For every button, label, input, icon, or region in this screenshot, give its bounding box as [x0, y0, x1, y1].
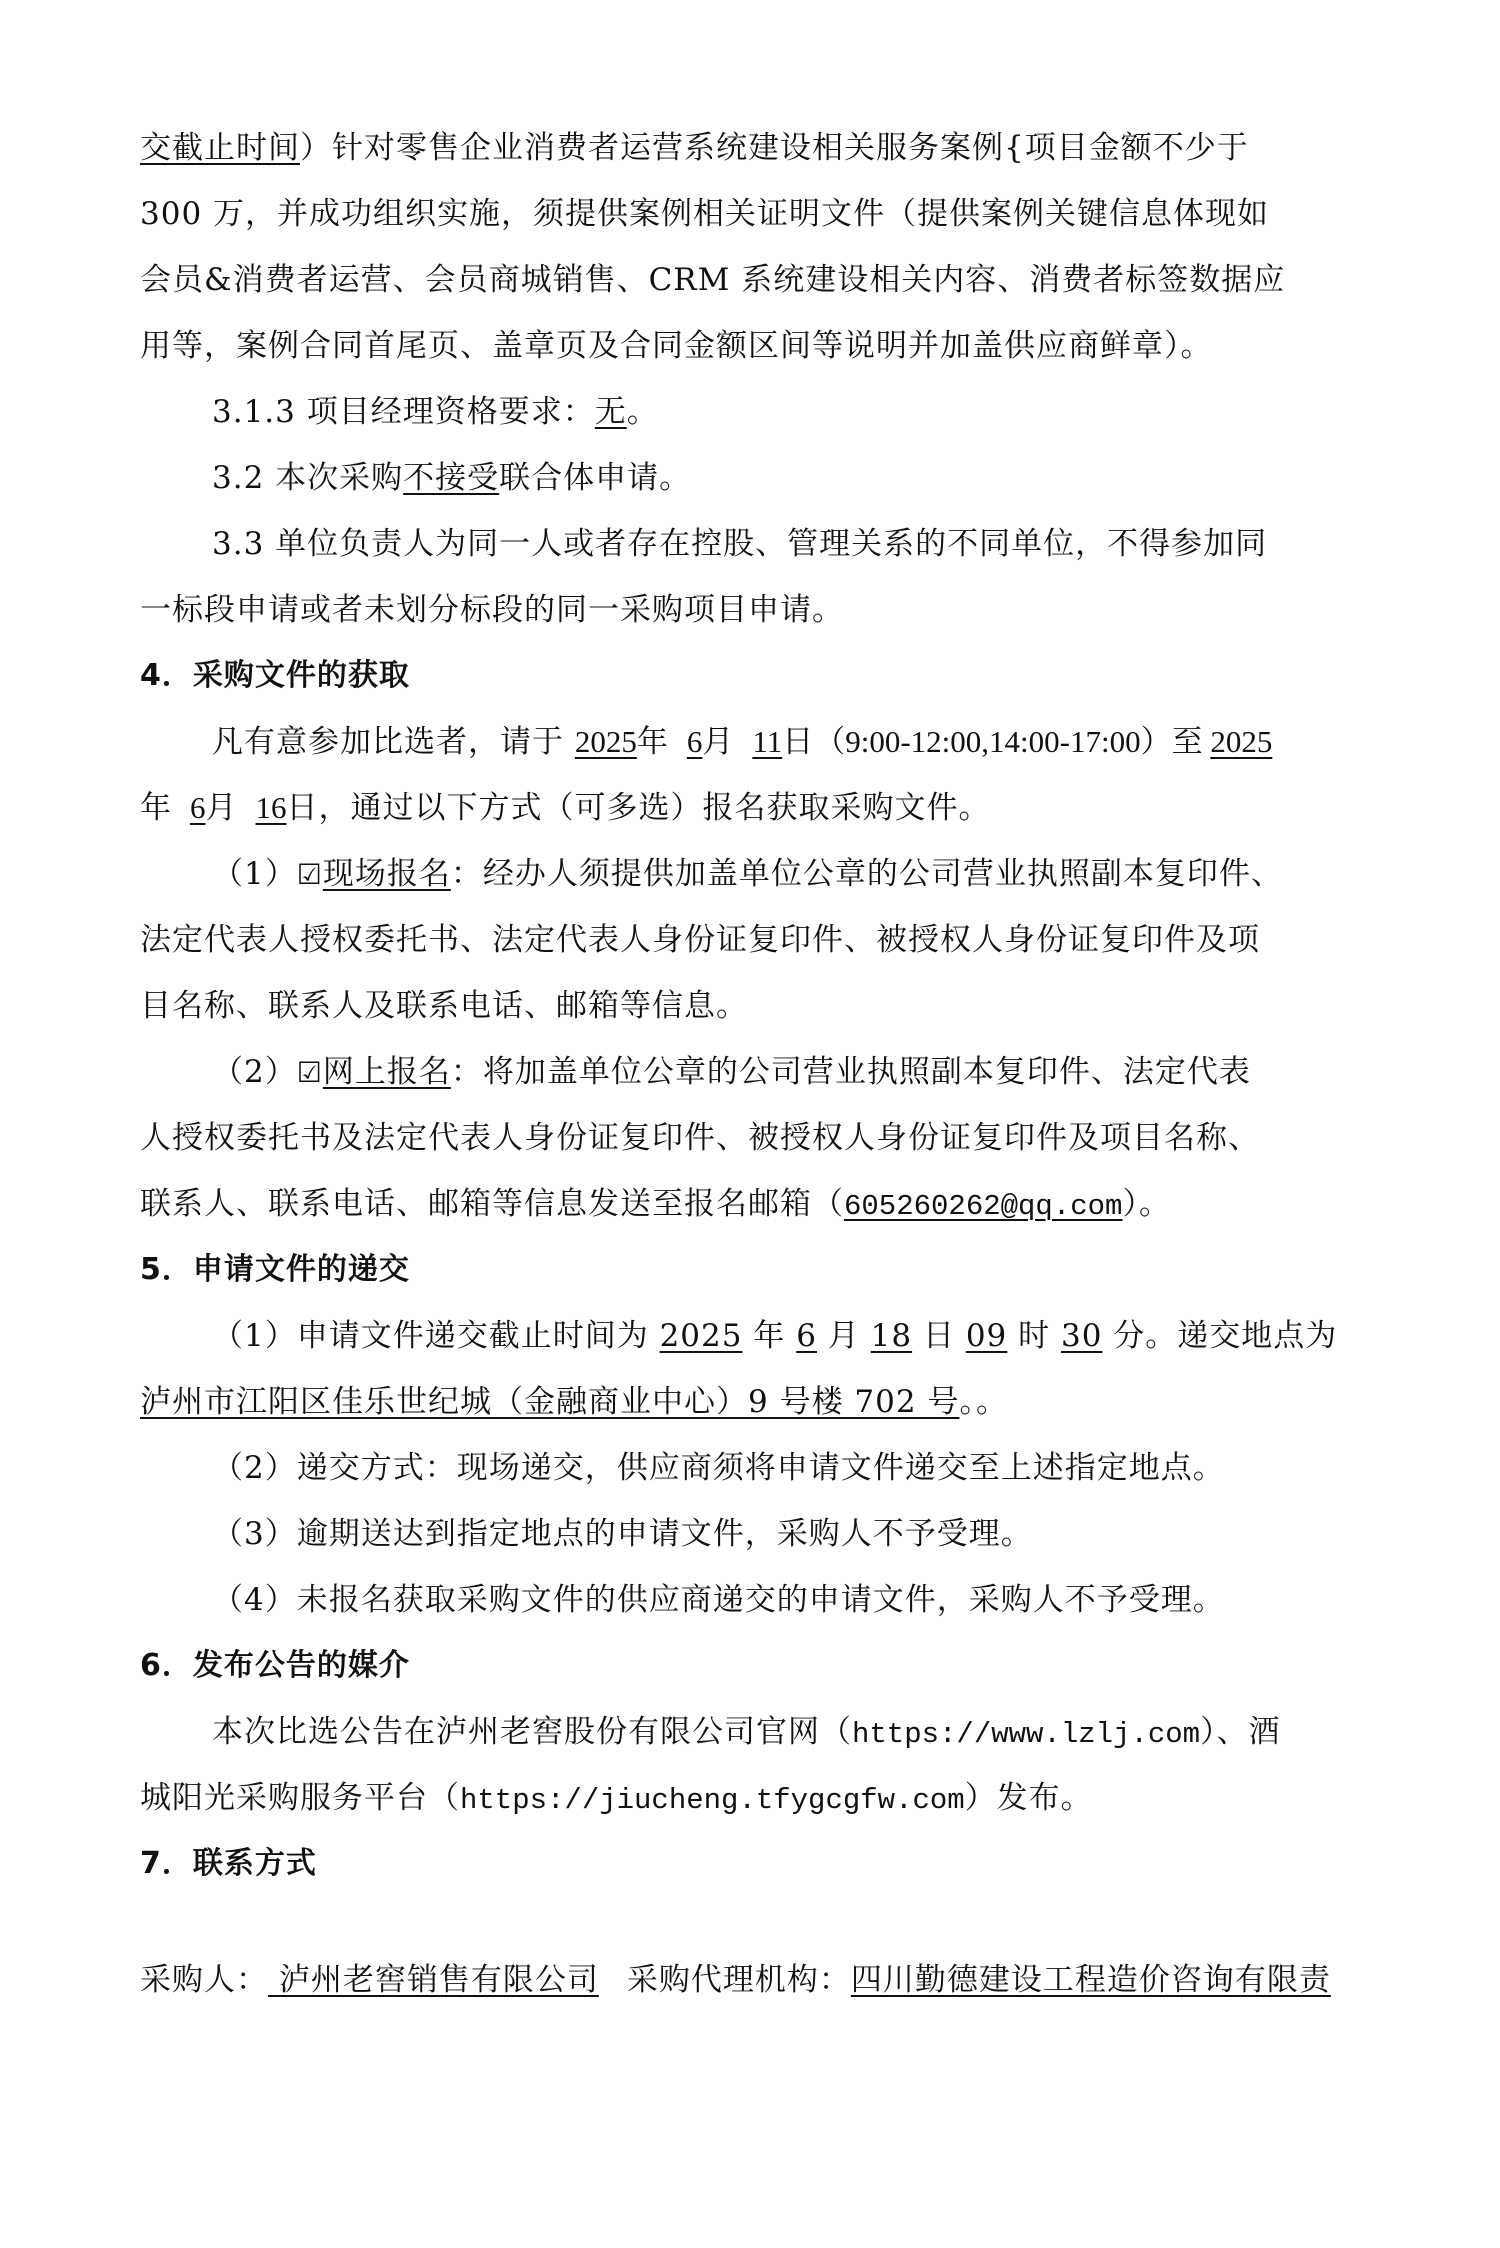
section-4-intro-line-1: 凡有意参加比选者，请于 2025年6月11日（9:00-12:00,14:00-…	[212, 722, 1272, 762]
option-online-line-3: 联系人、联系电话、邮箱等信息发送至报名邮箱（605260262@qq.com）。	[140, 1184, 1171, 1224]
clause-3-3-line-1: 3.3 单位负责人为同一人或者存在控股、管理关系的不同单位，不得参加同	[212, 524, 1267, 564]
deadline-hour: 09	[966, 1318, 1007, 1354]
text: 。。	[959, 1384, 1008, 1420]
clause-label: 3.2 本次采购	[212, 460, 403, 496]
text: 月	[817, 1318, 871, 1354]
deadline-minute: 30	[1061, 1318, 1102, 1354]
onsite-registration-label: ☑现场报名	[297, 856, 451, 892]
clause-label: 3.1.3 项目经理资格要求：	[212, 394, 595, 430]
purchaser-label: 采购人：	[140, 1962, 268, 1998]
unregistered-submission-rule: （4）未报名获取采购文件的供应商递交的申请文件，采购人不予受理。	[212, 1580, 1225, 1620]
checkbox-checked-icon: ☑	[297, 1053, 323, 1093]
text: 年	[637, 724, 669, 760]
text: ）。	[1122, 1186, 1171, 1222]
clause-3-3-line-2: 一标段申请或者未划分标段的同一采购项目申请。	[140, 590, 844, 630]
clause-value: 无	[595, 394, 627, 430]
text: 分。递交地点为	[1102, 1318, 1337, 1354]
option-number: （2）	[212, 1054, 297, 1090]
submission-deadline-line: （1）申请文件递交截止时间为 2025 年 6 月 18 日 09 时 30 分…	[212, 1316, 1337, 1356]
clause-3-1-3: 3.1.3 项目经理资格要求：无。	[212, 392, 659, 432]
end-day: 16	[256, 790, 287, 825]
option-online-line-2: 人授权委托书及法定代表人身份证复印件、被授权人身份证复印件及项目名称、	[140, 1118, 1260, 1158]
submission-address-line: 泸州市江阳区佳乐世纪城（金融商业中心）9 号楼 702 号。。	[140, 1382, 1008, 1422]
text: ）、酒	[1200, 1714, 1281, 1750]
text: 凡有意参加比选者，请于	[212, 724, 575, 760]
late-submission-rule: （3）逾期送达到指定地点的申请文件，采购人不予受理。	[212, 1514, 1033, 1554]
procurement-platform-url[interactable]: https://jiucheng.tfygcgfw.com	[460, 1784, 965, 1817]
end-year: 2025	[1210, 724, 1272, 759]
text: 时	[1007, 1318, 1061, 1354]
option-onsite-registration: （1）☑现场报名：经办人须提供加盖单位公章的公司营业执照副本复印件、	[212, 854, 1283, 894]
section-4-intro-line-2: 年6月16日，通过以下方式（可多选）报名获取采购文件。	[140, 788, 991, 828]
text: （1）申请文件递交截止时间为	[212, 1318, 660, 1354]
text: 年	[742, 1318, 796, 1354]
online-registration-label: ☑网上报名	[297, 1054, 451, 1090]
option-label: 现场报名	[323, 856, 451, 892]
text: 城阳光采购服务平台（	[140, 1780, 460, 1816]
deadline-month: 6	[796, 1318, 817, 1354]
text: 日	[912, 1318, 966, 1354]
text: 年	[140, 790, 172, 826]
text: 联合体申请。	[499, 460, 691, 496]
contact-parties-line: 采购人： 泸州老窖销售有限公司采购代理机构：四川勤德建设工程造价咨询有限责	[140, 1960, 1331, 2000]
option-online-registration: （2）☑网上报名：将加盖单位公章的公司营业执照副本复印件、法定代表	[212, 1052, 1251, 1092]
text: ）发布。	[965, 1780, 1093, 1816]
case-requirement-line-2: 300 万，并成功组织实施，须提供案例相关证明文件（提供案例关键信息体现如	[140, 194, 1269, 234]
text: 本次比选公告在泸州老窖股份有限公司官网（	[212, 1714, 852, 1750]
start-month: 6	[687, 724, 703, 759]
text: 联系人、联系电话、邮箱等信息发送至报名邮箱（	[140, 1186, 844, 1222]
option-onsite-line-3: 目名称、联系人及联系电话、邮箱等信息。	[140, 986, 748, 1026]
option-onsite-line-2: 法定代表人授权委托书、法定代表人身份证复印件、被授权人身份证复印件及项	[140, 920, 1260, 960]
text: ：经办人须提供加盖单位公章的公司营业执照副本复印件、	[451, 856, 1283, 892]
section-4-heading: 4．采购文件的获取	[140, 656, 410, 696]
text: ：将加盖单位公章的公司营业执照副本复印件、法定代表	[451, 1054, 1251, 1090]
official-website-url[interactable]: https://www.lzlj.com	[852, 1718, 1200, 1751]
section-5-heading: 5．申请文件的递交	[140, 1250, 410, 1290]
section-7-heading: 7．联系方式	[140, 1844, 317, 1884]
deadline-day: 18	[871, 1318, 912, 1354]
text: 日，通过以下方式（可多选）报名获取采购文件。	[287, 790, 991, 826]
checkbox-checked-icon: ☑	[297, 855, 323, 895]
deadline-year: 2025	[660, 1318, 743, 1354]
submission-address: 泸州市江阳区佳乐世纪城（金融商业中心）9 号楼 702 号	[140, 1384, 959, 1420]
text: ）针对零售企业消费者运营系统建设相关服务案例{项目金额不少于	[300, 130, 1249, 166]
purchaser-name: 泸州老窖销售有限公司	[268, 1962, 599, 1998]
start-day: 11	[752, 724, 782, 759]
option-number: （1）	[212, 856, 297, 892]
office-hours: （9:00-12:00,14:00-17:00）至	[814, 724, 1210, 759]
text: 。	[627, 394, 659, 430]
agency-name: 四川勤德建设工程造价咨询有限责	[851, 1962, 1331, 1998]
clause-value: 不接受	[403, 460, 499, 496]
publication-media-line-1: 本次比选公告在泸州老窖股份有限公司官网（https://www.lzlj.com…	[212, 1712, 1281, 1752]
agency-label: 采购代理机构：	[627, 1962, 851, 1998]
option-label: 网上报名	[323, 1054, 451, 1090]
clause-3-2: 3.2 本次采购不接受联合体申请。	[212, 458, 691, 498]
text: 月	[206, 790, 238, 826]
start-year: 2025	[575, 724, 637, 759]
end-month: 6	[190, 790, 206, 825]
deadline-underlined-text: 交截止时间	[140, 130, 300, 166]
text: 日	[782, 724, 814, 760]
section-6-heading: 6．发布公告的媒介	[140, 1646, 410, 1686]
publication-media-line-2: 城阳光采购服务平台（https://jiucheng.tfygcgfw.com）…	[140, 1778, 1093, 1818]
registration-email-link[interactable]: 605260262@qq.com	[844, 1190, 1122, 1223]
case-requirement-line-4: 用等，案例合同首尾页、盖章页及合同金额区间等说明并加盖供应商鲜章）。	[140, 326, 1213, 366]
case-requirement-line-1: 交截止时间）针对零售企业消费者运营系统建设相关服务案例{项目金额不少于	[140, 128, 1249, 168]
case-requirement-line-3: 会员&消费者运营、会员商城销售、CRM 系统建设相关内容、消费者标签数据应	[140, 260, 1285, 300]
submission-method: （2）递交方式：现场递交，供应商须将申请文件递交至上述指定地点。	[212, 1448, 1225, 1488]
text: 月	[702, 724, 734, 760]
